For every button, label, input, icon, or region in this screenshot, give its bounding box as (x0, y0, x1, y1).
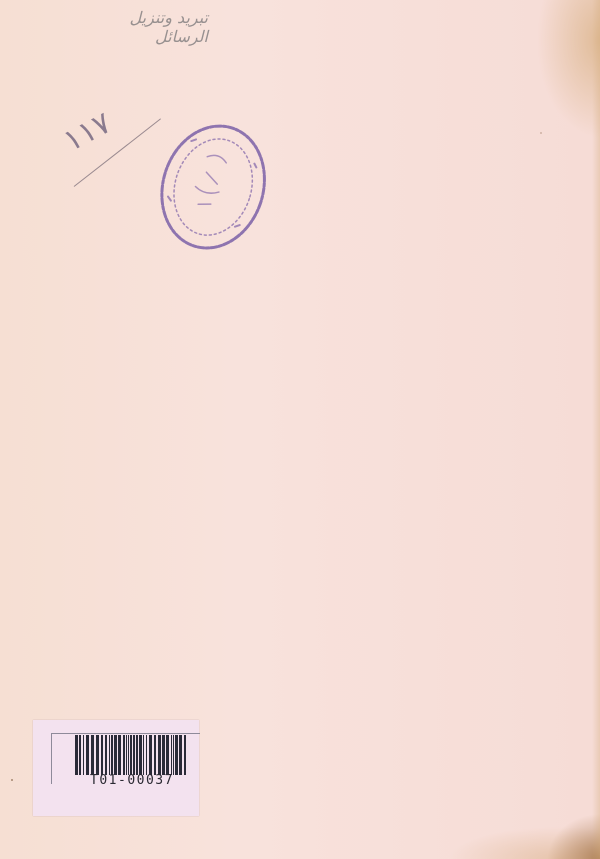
library-stamp-icon (140, 106, 286, 268)
handwritten-title-note: تبريد وتنزيل الرسائل (78, 8, 208, 34)
page-edge-stain (592, 0, 600, 859)
scanned-page: تبريد وتنزيل الرسائل ١١٧ T01-00037 (0, 0, 600, 859)
handwritten-catalog-number: ١١٧ (58, 105, 117, 159)
barcode-id: T01-00037 (77, 773, 187, 788)
paper-speck (540, 132, 542, 134)
barcode-label: T01-00037 (33, 720, 199, 816)
paper-speck (11, 779, 13, 781)
barcode-icon (75, 735, 187, 775)
